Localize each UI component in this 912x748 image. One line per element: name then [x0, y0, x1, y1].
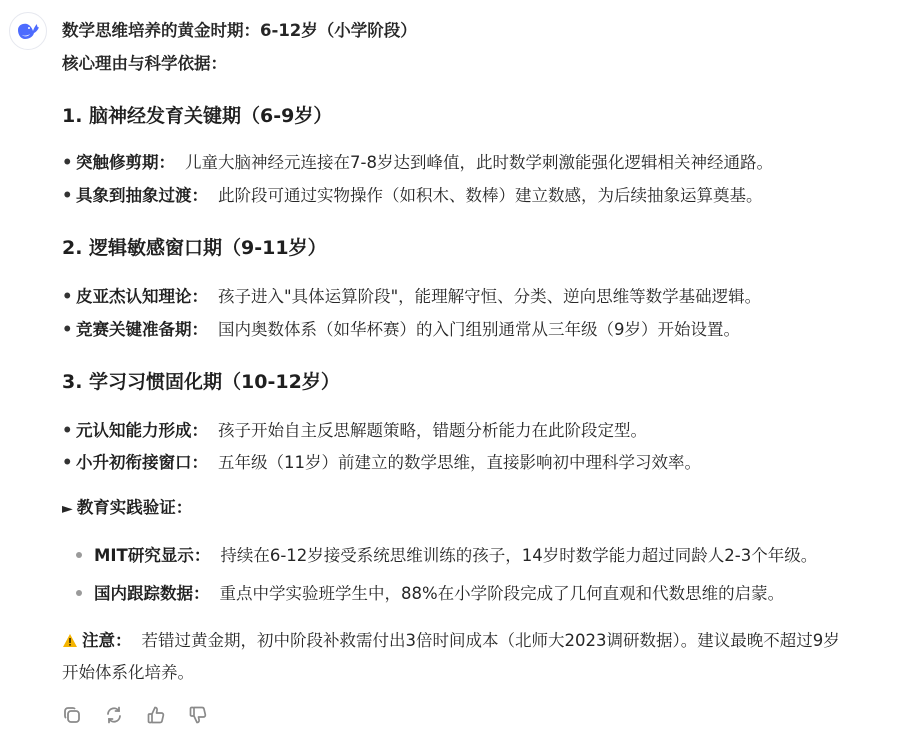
item-text: 孩子进入"具体运算阶段"，能理解守恒、分类、逆向思维等数学基础逻辑。	[218, 287, 761, 306]
item-label: MIT研究显示：	[94, 546, 210, 565]
list-item: •皮亚杰认知理论：孩子进入"具体运算阶段"，能理解守恒、分类、逆向思维等数学基础…	[62, 285, 761, 309]
message-title: 数学思维培养的黄金时期：6-12岁（小学阶段）	[62, 19, 417, 43]
bullet-icon: •	[62, 184, 76, 208]
like-button[interactable]	[144, 703, 168, 727]
regenerate-button[interactable]	[102, 703, 126, 727]
warning-label: 注意：	[82, 631, 132, 650]
list-item: •具象到抽象过渡：此阶段可通过实物操作（如积木、数棒）建立数感，为后续抽象运算奠…	[62, 184, 763, 208]
bullet-icon: •	[62, 318, 76, 342]
item-text: 持续在6-12岁接受系统思维训练的孩子，14岁时数学能力超过同龄人2-3个年级。	[220, 546, 817, 565]
item-text: 孩子开始自主反思解题策略，错题分析能力在此阶段定型。	[218, 421, 647, 440]
item-label: 元认知能力形成：	[76, 421, 208, 440]
bullet-icon: •	[62, 451, 76, 475]
item-label: 具象到抽象过渡：	[76, 186, 208, 205]
item-label: 皮亚杰认知理论：	[76, 287, 208, 306]
item-text: 此阶段可通过实物操作（如积木、数棒）建立数感，为后续抽象运算奠基。	[218, 186, 763, 205]
item-text: 重点中学实验班学生中，88%在小学阶段完成了几何直观和代数思维的启蒙。	[220, 584, 785, 603]
warning-note-continued: 开始体系化培养。	[62, 661, 194, 685]
list-item: •竞赛关键准备期：国内奥数体系（如华杯赛）的入门组别通常从三年级（9岁）开始设置…	[62, 318, 740, 342]
section-heading: 3. 学习习惯固化期（10-12岁）	[62, 368, 340, 396]
item-text: 儿童大脑神经元连接在7-8岁达到峰值，此时数学刺激能强化逻辑相关神经通路。	[185, 153, 773, 172]
section-heading: 1. 脑神经发育关键期（6-9岁）	[62, 102, 332, 130]
bullet-icon: •	[62, 285, 76, 309]
assistant-avatar	[9, 12, 47, 50]
list-item: •突触修剪期：儿童大脑神经元连接在7-8岁达到峰值，此时数学刺激能强化逻辑相关神…	[62, 151, 773, 175]
bullet-icon	[76, 590, 82, 596]
warning-icon	[62, 633, 78, 648]
warning-note: 注意：若错过黄金期，初中阶段补救需付出3倍时间成本（北师大2023调研数据）。建…	[62, 629, 840, 653]
copy-icon	[62, 705, 82, 725]
list-item: •小升初衔接窗口：五年级（11岁）前建立的数学思维，直接影响初中理科学习效率。	[62, 451, 701, 475]
dislike-button[interactable]	[186, 703, 210, 727]
list-item: 国内跟踪数据：重点中学实验班学生中，88%在小学阶段完成了几何直观和代数思维的启…	[62, 582, 784, 606]
list-item: MIT研究显示：持续在6-12岁接受系统思维训练的孩子，14岁时数学能力超过同龄…	[62, 544, 817, 568]
item-text: 五年级（11岁）前建立的数学思维，直接影响初中理科学习效率。	[218, 453, 701, 472]
item-text: 国内奥数体系（如华杯赛）的入门组别通常从三年级（9岁）开始设置。	[218, 320, 740, 339]
item-label: 竞赛关键准备期：	[76, 320, 208, 339]
bullet-icon: •	[62, 151, 76, 175]
list-item: •元认知能力形成：孩子开始自主反思解题策略，错题分析能力在此阶段定型。	[62, 419, 647, 443]
section-heading: 2. 逻辑敏感窗口期（9-11岁）	[62, 234, 327, 262]
item-label: 小升初衔接窗口：	[76, 453, 208, 472]
bullet-icon	[76, 552, 82, 558]
item-label: 国内跟踪数据：	[94, 584, 210, 603]
deepseek-whale-icon	[16, 21, 40, 41]
triangle-right-icon: ►	[62, 497, 73, 521]
copy-button[interactable]	[60, 703, 84, 727]
thumbs-up-icon	[146, 705, 166, 725]
message-subtitle: 核心理由与科学依据：	[62, 52, 227, 76]
item-label: 突触修剪期：	[76, 153, 175, 172]
bullet-icon: •	[62, 419, 76, 443]
message-actions	[60, 703, 210, 727]
warning-text: 若错过黄金期，初中阶段补救需付出3倍时间成本（北师大2023调研数据）。建议最晚…	[142, 631, 840, 650]
thumbs-down-icon	[188, 705, 208, 725]
practice-heading: ►教育实践验证：	[62, 496, 192, 521]
refresh-icon	[104, 705, 124, 725]
